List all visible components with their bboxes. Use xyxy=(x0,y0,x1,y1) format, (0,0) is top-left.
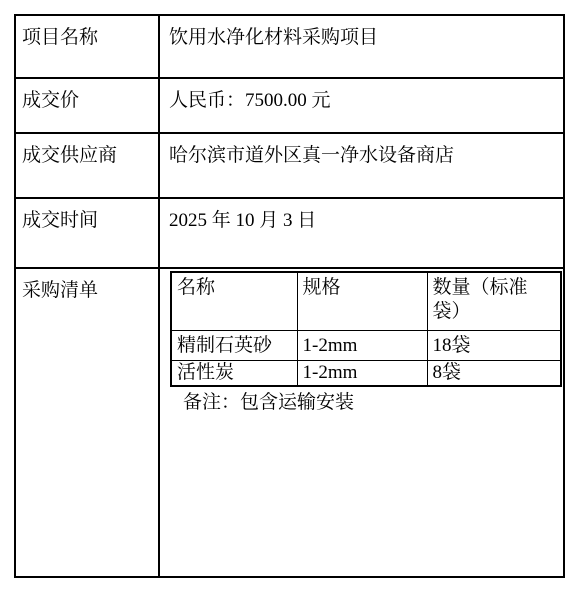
purchase-list-header-row: 名称 规格 数量（标准袋） xyxy=(171,272,561,331)
purchase-list-cell: 名称 规格 数量（标准袋） 精制石英砂 1-2mm 18袋 活性炭 xyxy=(159,268,564,577)
deal-price-value: 人民币：7500.00 元 xyxy=(159,78,564,133)
item-name: 活性炭 xyxy=(171,361,297,386)
deal-date-label: 成交时间 xyxy=(15,198,159,268)
item-quantity: 8袋 xyxy=(427,361,561,386)
header-spec: 规格 xyxy=(297,272,427,331)
document-page: 项目名称 饮用水净化材料采购项目 成交价 人民币：7500.00 元 成交供应商… xyxy=(0,0,581,602)
item-quantity: 18袋 xyxy=(427,331,561,361)
table-row-deal-date: 成交时间 2025 年 10 月 3 日 xyxy=(15,198,564,268)
deal-date-value: 2025 年 10 月 3 日 xyxy=(159,198,564,268)
table-row-project-name: 项目名称 饮用水净化材料采购项目 xyxy=(15,15,564,78)
item-spec: 1-2mm xyxy=(297,331,427,361)
table-row-supplier: 成交供应商 哈尔滨市道外区真一净水设备商店 xyxy=(15,133,564,198)
purchase-item-row: 活性炭 1-2mm 8袋 xyxy=(171,361,561,386)
item-spec: 1-2mm xyxy=(297,361,427,386)
header-quantity: 数量（标准袋） xyxy=(427,272,561,331)
purchase-item-row: 精制石英砂 1-2mm 18袋 xyxy=(171,331,561,361)
header-name: 名称 xyxy=(171,272,297,331)
item-name: 精制石英砂 xyxy=(171,331,297,361)
table-row-deal-price: 成交价 人民币：7500.00 元 xyxy=(15,78,564,133)
procurement-summary-table: 项目名称 饮用水净化材料采购项目 成交价 人民币：7500.00 元 成交供应商… xyxy=(14,14,565,578)
purchase-list-label: 采购清单 xyxy=(15,268,159,577)
project-name-label: 项目名称 xyxy=(15,15,159,78)
purchase-note: 备注：包含运输安装 xyxy=(183,391,563,415)
supplier-value: 哈尔滨市道外区真一净水设备商店 xyxy=(159,133,564,198)
deal-price-label: 成交价 xyxy=(15,78,159,133)
purchase-list-table: 名称 规格 数量（标准袋） 精制石英砂 1-2mm 18袋 活性炭 xyxy=(170,271,562,387)
supplier-label: 成交供应商 xyxy=(15,133,159,198)
table-row-purchase-list: 采购清单 名称 规格 数量（标准袋） xyxy=(15,268,564,577)
project-name-value: 饮用水净化材料采购项目 xyxy=(159,15,564,78)
